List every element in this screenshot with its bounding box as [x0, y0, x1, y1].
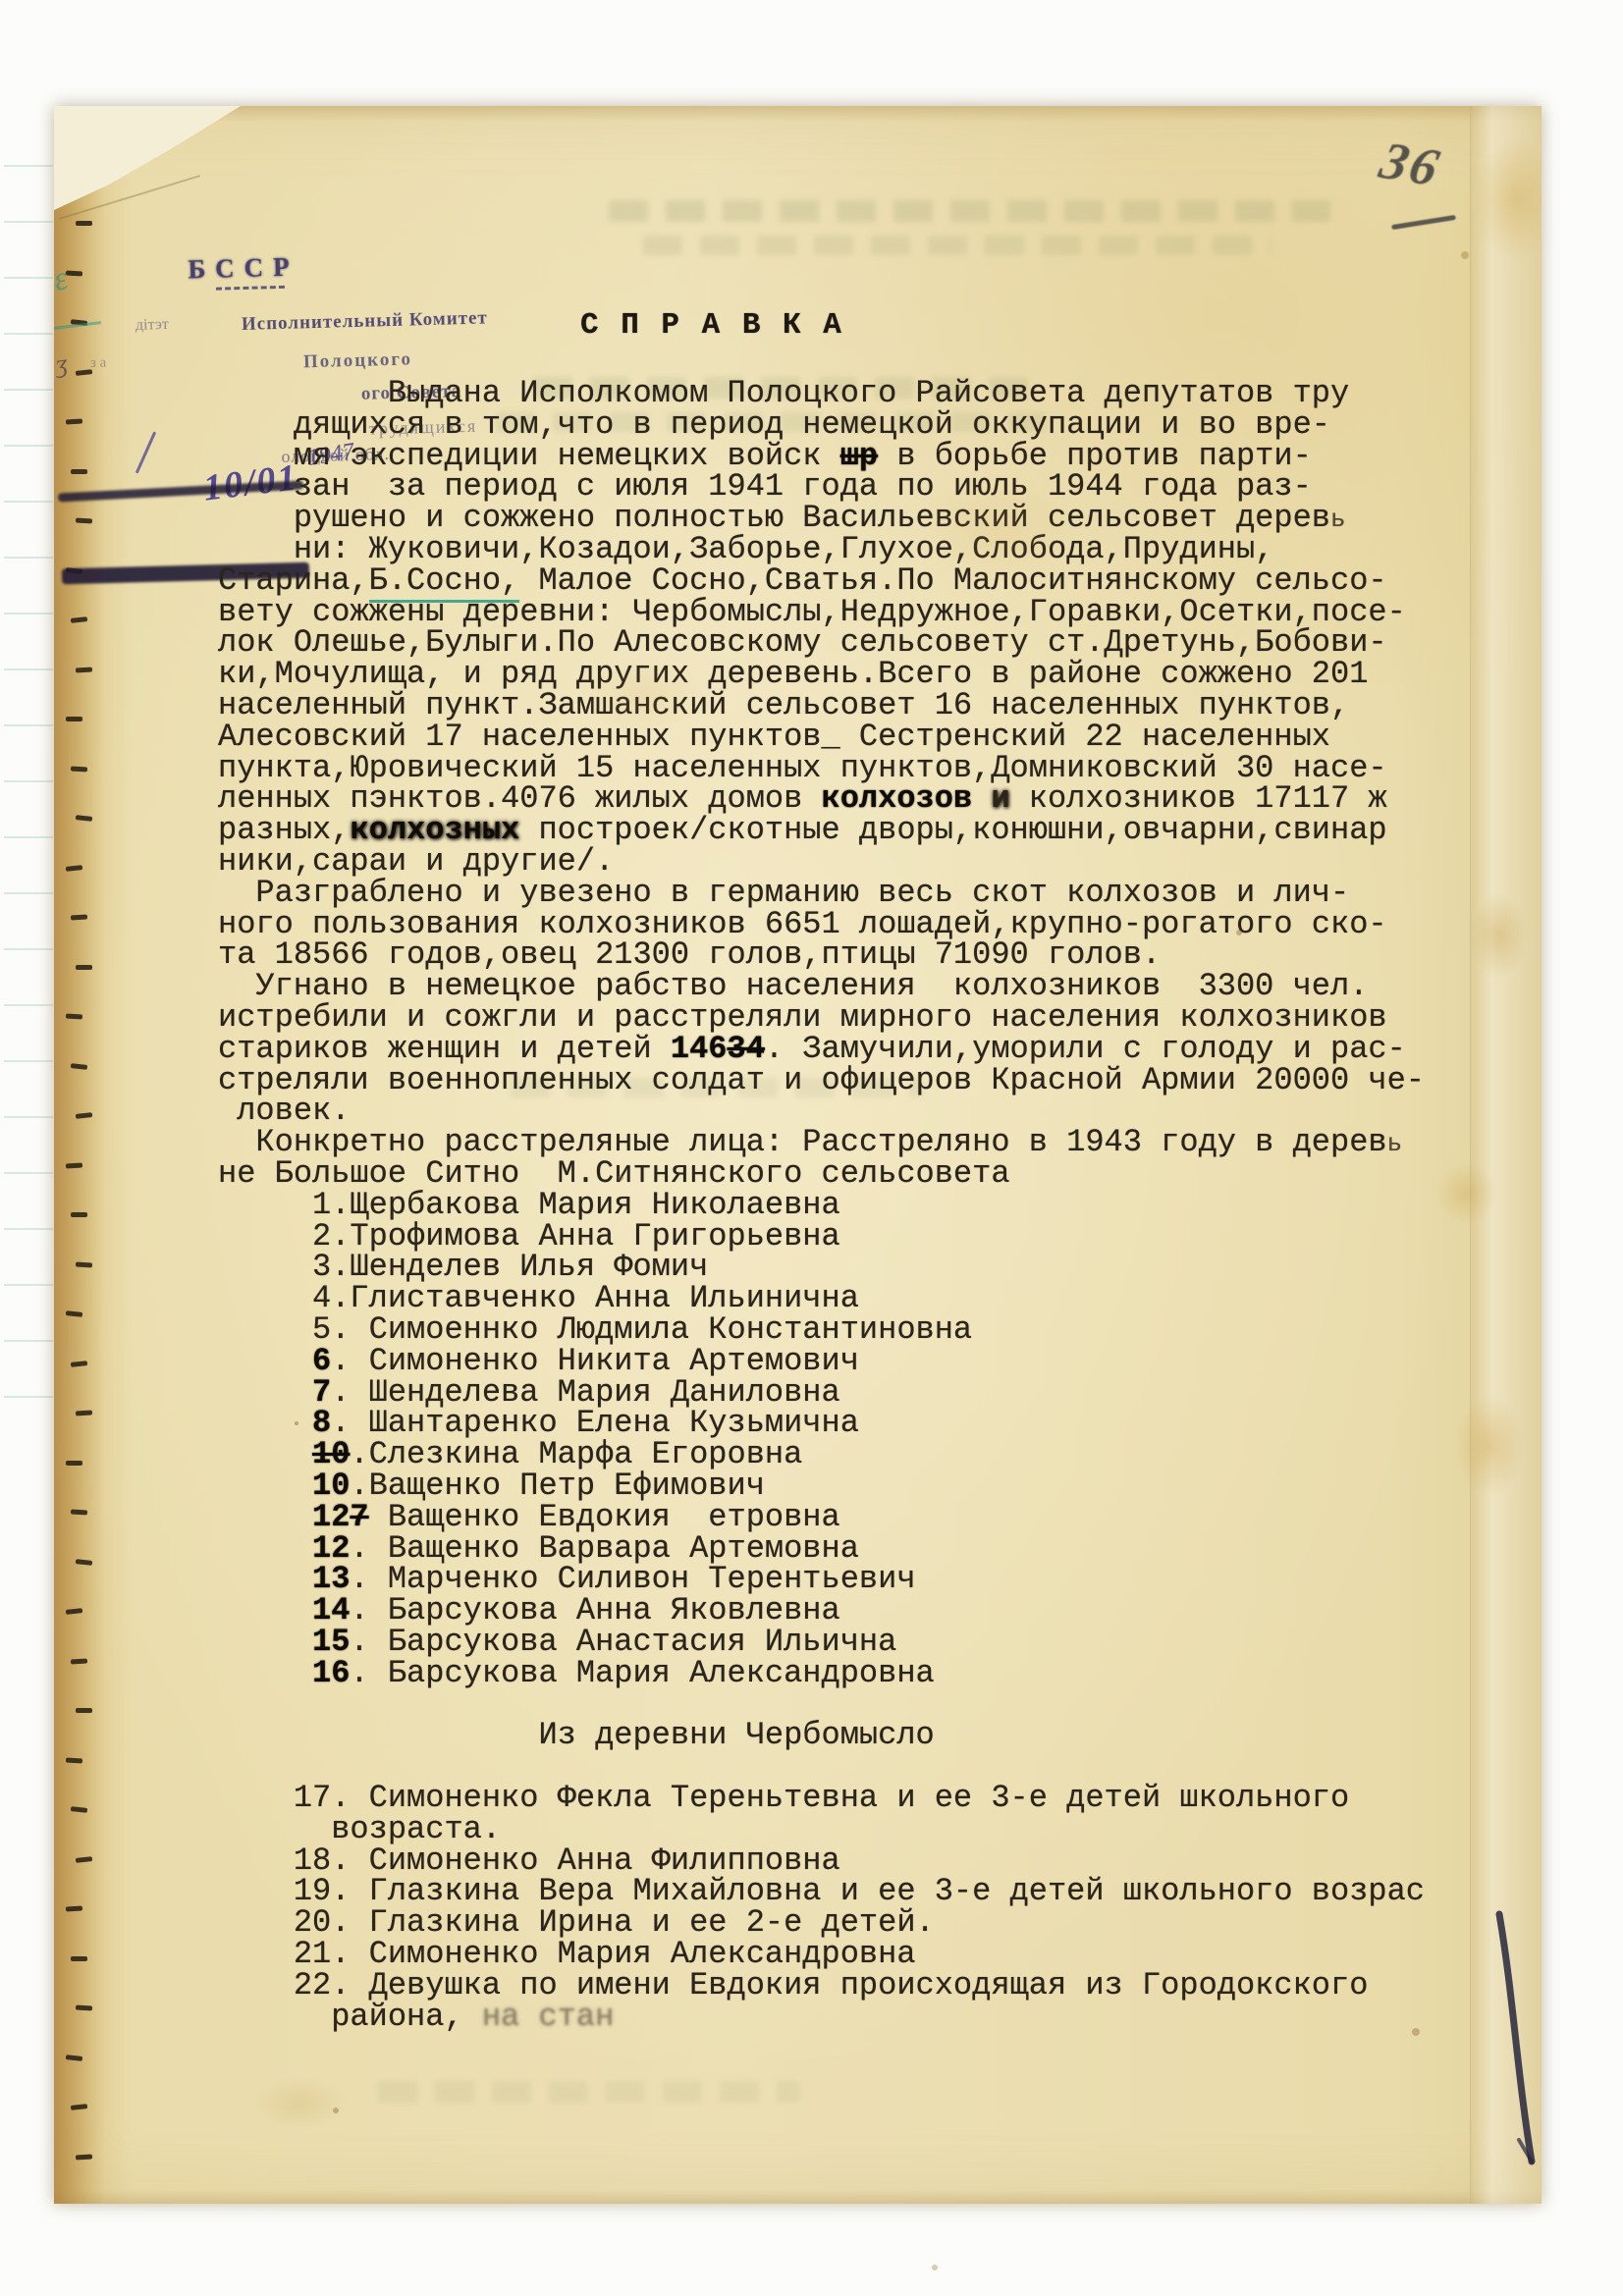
binding-stitch: [71, 1510, 87, 1516]
document-page: БССР Исполнительный Комитет Полоцкого ог…: [54, 106, 1542, 2204]
document-line: 15. Барсукова Анастасия Ильична: [218, 1627, 896, 1658]
document-line: не Большое Ситно М.Ситнянского сельсовет…: [218, 1158, 1010, 1190]
document-line: 2.Трофимова Анна Григорьевна: [218, 1221, 840, 1253]
document-text: Выдана Исполкомом Полоцкого Райсовета де…: [218, 378, 1524, 2204]
document-line: 19. Глазкина Вера Михайловна и ее 3-е де…: [218, 1876, 1425, 1907]
binding-stitch: [71, 1063, 87, 1070]
stamp-underline: [216, 286, 285, 291]
document-line: Из деревни Чербомысло: [218, 1720, 935, 1751]
binding-stitch: [66, 1608, 82, 1615]
stamp-line: Исполнительный Комитет: [242, 307, 488, 336]
document-line: 10.Ващенко Петр Ефимович: [218, 1470, 765, 1502]
page-number-annotation: 36: [1374, 130, 1447, 198]
binding-stitch: [66, 1310, 82, 1317]
document-title: С П Р А В К А: [580, 308, 843, 343]
binding-stitch: [66, 419, 82, 425]
binding-stitch: [71, 915, 87, 921]
document-line: Алесовский 17 населенных пунктов_ Сестре…: [218, 721, 1330, 753]
document-line: пункта,Юровический 15 населенных пунктов…: [218, 753, 1387, 784]
binding-stitch: [71, 1361, 87, 1367]
document-line: ловек.: [218, 1095, 350, 1127]
document-line: ки,Мочулища, и ряд других деревень.Всего…: [218, 659, 1368, 690]
document-line: ленных пэнктов.4076 жилых домов колхозов…: [218, 783, 1387, 815]
document-line: 3.Шенделев Илья Фомич: [218, 1252, 708, 1283]
binding-stitch: [66, 1757, 82, 1763]
binding-stitch: [66, 2055, 82, 2061]
binding-stitch: [76, 518, 92, 524]
document-line: лок Олешье,Булыги.По Алесовскому сельсов…: [218, 627, 1387, 659]
document-line: 14. Барсукова Анна Яковлевна: [218, 1595, 840, 1627]
paper-specks: [295, 1421, 298, 1425]
document-line: ни: Жуковичи,Козадои,Заборье,Глухое,Слоб…: [218, 534, 1273, 565]
binding-stitch: [66, 1162, 82, 1168]
bleedthrough-text: [643, 236, 1271, 255]
binding-stitch: [76, 965, 92, 970]
binding-stitch: [71, 766, 87, 772]
binding-stitch: [66, 1461, 82, 1466]
document-line: 16. Барсукова Мария Александровна: [218, 1658, 935, 1689]
document-line: Разграблено и увезено в германию весь ск…: [218, 878, 1349, 909]
binding-stitch: [76, 1411, 92, 1416]
binding-stitch: [76, 2154, 92, 2160]
ink-stroke: [1476, 1900, 1544, 2185]
binding-stitch: [71, 1956, 87, 1961]
document-line: та 18566 годов,овец 21300 голов,птицы 71…: [218, 939, 1161, 971]
document-line: 21. Симоненко Мария Александровна: [218, 1939, 916, 1970]
document-line: стариков женщин и детей 14634. Замучили,…: [218, 1034, 1406, 1065]
document-line: 7. Шенделева Мария Даниловна: [218, 1377, 840, 1409]
document-line: 5. Симоеннко Людмила Константиновна: [218, 1314, 972, 1346]
document-line: вету сожжены деревни: Чербомыслы,Недружн…: [218, 597, 1406, 628]
document-line: разных,колхозных построек/скотные дворы,…: [218, 815, 1387, 846]
document-line: истребили и сожгли и расстреляли мирного…: [218, 1002, 1387, 1034]
stamp-line: Полоцкого: [303, 348, 413, 373]
binding-stitch: [71, 616, 87, 623]
document-line: дящихся в том,что в период немецкой окку…: [218, 409, 1330, 441]
document-line: ного пользования колхозников 6651 лошаде…: [218, 909, 1387, 940]
binding-stitch: [71, 2104, 87, 2110]
document-line: 6. Симоненко Никита Артемович: [218, 1346, 859, 1377]
binding-stitch: [76, 1708, 92, 1713]
binding-stitch: [76, 1559, 92, 1566]
document-line: Выдана Исполкомом Полоцкого Райсовета де…: [218, 378, 1349, 409]
document-line: 18. Симоненко Анна Филипповна: [218, 1845, 840, 1877]
document-line: возраста.: [218, 1814, 501, 1845]
document-line: 22. Девушка по имени Евдокия происходяща…: [218, 1970, 1368, 2002]
document-line: района, на стан: [218, 2002, 614, 2033]
document-line: Старина,Б.Сосно, Малое Сосно,Сватья.По М…: [218, 565, 1387, 597]
document-line: населенный пункт.Замшанский сельсовет 16…: [218, 690, 1349, 721]
document-line: 20. Глазкина Ирина и ее 2-е детей.: [218, 1907, 935, 1939]
binding-stitch: [71, 1212, 87, 1217]
document-line: Угнано в немецкое рабство населения колх…: [218, 971, 1368, 1002]
bleedthrough-text: [609, 200, 1330, 222]
document-line: 4.Глиставченко Анна Ильинична: [218, 1283, 859, 1314]
document-line: мя экспедиции немецких войск шр в борьбе…: [218, 441, 1312, 472]
binding-stitch: [76, 815, 92, 822]
binding-stitch: [76, 1112, 92, 1119]
binding-stitch: [76, 667, 92, 672]
binding-stitch: [76, 1261, 92, 1267]
document-line: 1.Щербакова Мария Николаевна: [218, 1190, 840, 1221]
document-line: 13. Марченко Силивон Терентьевич: [218, 1564, 916, 1595]
document-line: 17. Симоненко Фекла Тереньтевна и ее 3-е…: [218, 1783, 1349, 1814]
document-line: 8. Шантаренко Елена Кузьмична: [218, 1408, 859, 1439]
binding-stitch: [66, 1014, 82, 1020]
binding-stitch: [66, 717, 82, 721]
scan-background: БССР Исполнительный Комитет Полоцкого ог…: [0, 0, 1623, 2296]
binding-stitch: [76, 2005, 92, 2011]
page-number-underline: [1391, 215, 1456, 230]
binding-stitch: [76, 1856, 92, 1863]
document-line: стреляли военнопленных солдат и офицеров…: [218, 1065, 1425, 1096]
stamp-fragment: дітэт: [135, 316, 169, 335]
binding-stitch: [66, 1906, 82, 1912]
document-line: 10.Слезкина Марфа Егоровна: [218, 1439, 802, 1470]
stamp-fragment: з а: [90, 355, 107, 372]
binding-stitch: [71, 1658, 87, 1664]
binding-stitch: [66, 865, 82, 872]
document-line: 12. Ващенко Варвара Артемовна: [218, 1533, 859, 1565]
underlying-sheet-lines: [4, 165, 53, 1421]
document-line: 127 Ващенко Евдокия етровна: [218, 1502, 840, 1533]
document-line: зан за период с июля 1941 года по июль 1…: [218, 471, 1312, 503]
stamp-org: БССР: [188, 251, 299, 285]
document-line: ники,сараи и другие/.: [218, 846, 614, 878]
binding-stitch: [71, 1806, 87, 1813]
